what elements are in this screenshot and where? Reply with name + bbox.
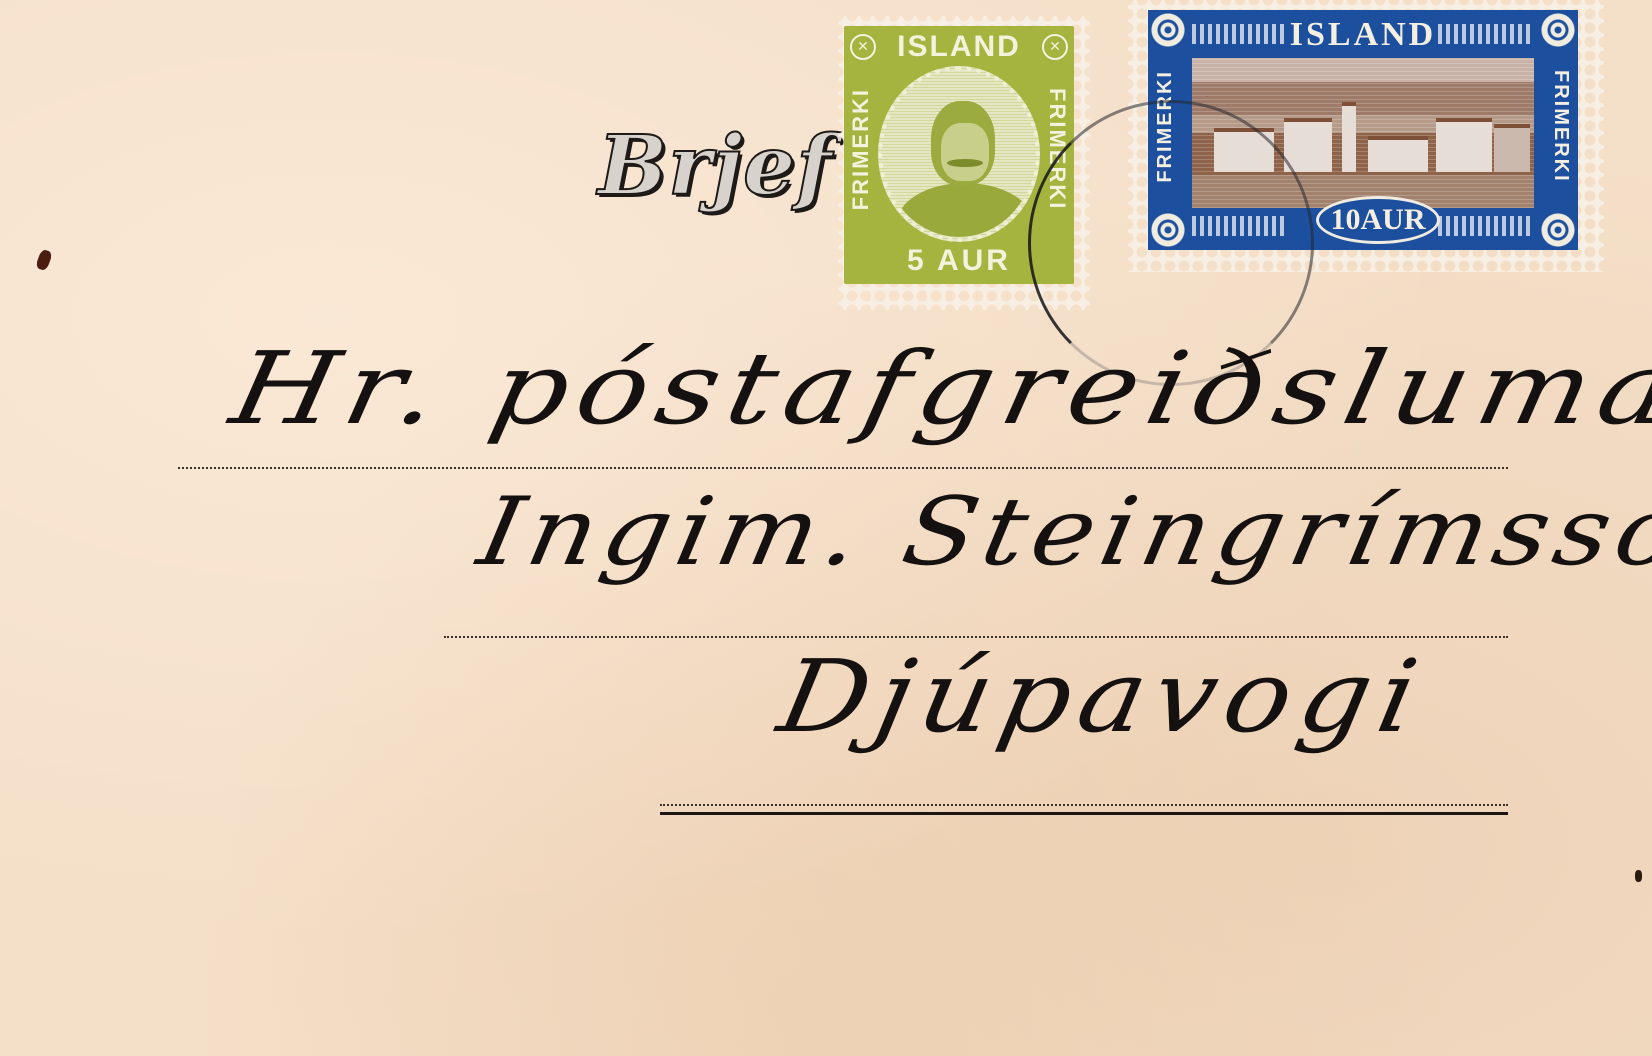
address-line-1: Hr. póstafgreiðslumaður [222, 330, 1652, 447]
address-line-3: Djúpavogi [770, 638, 1435, 755]
ink-stain [1635, 870, 1642, 882]
rosette-icon [1540, 212, 1576, 248]
king-portrait-icon [878, 66, 1040, 242]
address-rule-1 [178, 467, 1508, 469]
address-line-2: Ingim. Steingrímsson, [470, 478, 1652, 587]
stamp-side-label: FRIMERKI [848, 88, 874, 210]
address-underline [660, 812, 1508, 815]
letter-card: Brjef ✕ ✕ ISLAND FRIMERKI FRIMERKI 5 AUR… [0, 0, 1652, 1056]
stamp-country: ISLAND [1148, 16, 1578, 54]
address-rule-3 [660, 804, 1508, 806]
card-heading: Brjef [598, 118, 833, 214]
stamp-side-label: FRIMERKI [1549, 70, 1572, 183]
ink-stain [35, 249, 53, 272]
stamp-country: ISLAND [844, 30, 1074, 64]
ornament-icon [1438, 216, 1534, 236]
stamp-denomination: 10AUR [1316, 196, 1440, 244]
